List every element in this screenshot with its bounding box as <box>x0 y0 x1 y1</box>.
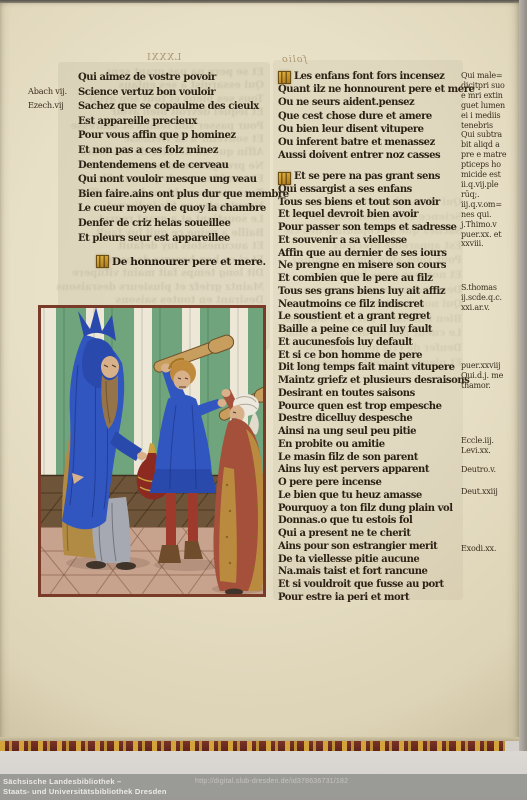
verse-line: Et combien que le pere au filz <box>278 273 469 286</box>
gloss-line: Levi.xx. <box>461 446 494 456</box>
verse-line: Et aucunesfois luy default <box>278 337 469 350</box>
right-text-column-stanza1: Les enfans font fors incensezQuant ilz n… <box>278 70 474 162</box>
gloss-line: Exodi.xx. <box>461 544 496 554</box>
verse-line: Et si ce bon homme de pere <box>278 350 469 363</box>
gloss-line: Deut.xxiij <box>461 487 498 497</box>
verse-line: Desirant en toutes saisons <box>278 388 469 401</box>
gloss-line: iij.q.v.om= <box>461 200 506 210</box>
right-margin-gloss: Deutro.v. <box>461 465 496 475</box>
verse-line: Ains pour son estrangier merit <box>278 541 469 554</box>
verse-line: O pere pere incense <box>278 477 469 490</box>
gloss-line: bit aliqd a <box>461 140 506 150</box>
verse-line: Tous ses grans biens luy ait affiz <box>278 286 469 299</box>
verse-line: Maintz griefz et plusieurs desraisons <box>278 375 469 388</box>
gloss-line: Qui subtra <box>461 130 506 140</box>
library-name: Sächsische Landesbibliothek – Staats- un… <box>3 777 167 796</box>
gloss-line: j.Thimo.v <box>461 220 506 230</box>
gold-pilcrow-icon <box>278 172 291 185</box>
verse-line: Baille a peine ce quil luy fault <box>278 324 469 337</box>
verse-line: Les enfans font fors incensez <box>278 70 474 83</box>
verse-line: Donnas.o que tu estois fol <box>278 515 469 528</box>
verse-line: Le masin filz de son parent <box>278 452 469 465</box>
gloss-line: rūq;. <box>461 190 506 200</box>
verse-line: Que cest chose dure et amere <box>278 110 474 123</box>
gloss-line: thamor. <box>461 381 503 391</box>
verse-line: Et non pas a ces folz minez <box>78 144 289 159</box>
gloss-line: S.thomas <box>461 283 502 293</box>
gloss-line: Oui.d.j. me <box>461 371 503 381</box>
library-name-line1: Sächsische Landesbibliothek – <box>3 777 167 787</box>
gloss-line: guet lumen <box>461 101 506 111</box>
verse-line: Denfer de criz helas soueillee <box>78 217 289 232</box>
miniature-canvas <box>38 305 266 597</box>
verse-line: Quant ilz ne honnourent pere et mere <box>278 83 474 96</box>
gloss-line: dicitpri suo <box>461 81 506 91</box>
folio-number: LXXXI <box>146 52 181 63</box>
verse-line: Le bien que tu heuz amasse <box>278 490 469 503</box>
verse-line: Pourquoy a ton filz dung plain vol <box>278 503 469 516</box>
verse-line: Ainsi na ung seul peu pitie <box>278 426 469 439</box>
verse-line: Affin que au dernier de ses iours <box>278 248 469 261</box>
gloss-line: micide est <box>461 170 506 180</box>
verse-line: Le soustient et a grant regret <box>278 311 469 324</box>
gloss-line: puer.xx. et <box>461 230 506 240</box>
right-text-column-stanza2: Et se pere na pas grant sensQui essargis… <box>278 171 469 605</box>
gloss-line: Eccle.iij. <box>461 436 494 446</box>
page-top-edge <box>0 0 519 3</box>
verse-line: Et souvenir a sa viellesse <box>278 235 469 248</box>
right-margin-gloss: Qui male=dicitpri suoe mri extinguet lum… <box>461 71 506 249</box>
gloss-line: tenebris <box>461 121 506 131</box>
rubric-text: De honnourer pere et mere. <box>112 256 266 268</box>
library-name-line2: Staats- und Universitätsbibliothek Dresd… <box>3 787 167 797</box>
verse-line: Pour passer son temps et sadresse <box>278 222 469 235</box>
verse-line: Sachez que se copaulme des cieulx <box>78 100 289 115</box>
verse-line: Ne prengne en misere son cours <box>278 260 469 273</box>
verse-line: Ou bien leur disent vitupere <box>278 123 474 136</box>
right-margin-gloss: Eccle.iij.Levi.xx. <box>461 436 494 456</box>
document-url: http://digital.slub-dresden.de/id3786367… <box>195 778 348 785</box>
verse-line: Pource quen est trop empesche <box>278 401 469 414</box>
gloss-line: pre e matre <box>461 150 506 160</box>
verse-line: Tous ses biens et tout son avoir <box>278 197 469 210</box>
digitized-book-scan: Et se pere na pas grant sensQui essargis… <box>0 0 527 800</box>
verse-line: Qui essargist a ses enfans <box>278 184 469 197</box>
verse-line: Qui nont vouloir mesque ung veau <box>78 173 289 188</box>
gloss-line: ii.q.vij.ple <box>461 180 506 190</box>
margin-note-line: Abach vij. <box>28 84 67 98</box>
gloss-line: nes qui. <box>461 210 506 220</box>
verse-line: Et lequel devroit bien avoir <box>278 209 469 222</box>
gloss-line: ei i mediis <box>461 111 506 121</box>
chapter-rubric: De honnourer pere et mere. <box>96 255 266 268</box>
verse-line: En probite ou amitie <box>278 439 469 452</box>
margin-note-line: Ezech.vij <box>28 98 67 112</box>
right-margin-gloss: puer.xxviijOui.d.j. methamor. <box>461 361 503 391</box>
verse-line: Ou inferent batre et menassez <box>278 136 474 149</box>
gilt-binding-edge <box>0 741 505 751</box>
gloss-line: e mri extin <box>461 91 506 101</box>
gloss-line: xxviii. <box>461 239 506 249</box>
verse-line: Et pleurs seur est appareillee <box>78 232 289 247</box>
footer-bar: Sächsische Landesbibliothek – Staats- un… <box>0 774 527 800</box>
verse-line: Et se pere na pas grant sens <box>278 171 469 184</box>
gloss-line: puer.xxviij <box>461 361 503 371</box>
verse-line: Ou ne seurs aident.pensez <box>278 96 474 109</box>
verse-line: Est appareille precieux <box>78 115 289 130</box>
verse-line: Pour vous affin que p hominez <box>78 129 289 144</box>
gloss-line: pticeps ho <box>461 160 506 170</box>
verse-line: Qui aimez de vostre povoir <box>78 71 289 86</box>
verse-line: Le cueur moyen de quoy la chambre <box>78 202 289 217</box>
right-margin-gloss: S.thomasij.scde.q.c.xxi.ar.v. <box>461 283 502 313</box>
verse-line: Na.mais taist et fort rancune <box>278 566 469 579</box>
verse-line: Science vertuz bon vouloir <box>78 86 289 101</box>
gloss-line: Qui male= <box>461 71 506 81</box>
verse-line: Bien faire.ains ont plus dur que membre <box>78 188 289 203</box>
verse-line: Dentendemens et de cerveau <box>78 159 289 174</box>
gloss-line: Deutro.v. <box>461 465 496 475</box>
verse-line: Aussi doivent entrer noz casses <box>278 149 474 162</box>
left-text-column: Qui aimez de vostre povoirScience vertuz… <box>78 71 289 246</box>
gold-pilcrow-icon <box>96 255 109 268</box>
gloss-line: ij.scde.q.c. <box>461 293 502 303</box>
verse-line: Pour estre ia peri et mort <box>278 592 469 605</box>
verse-line: De ta viellesse pitie aucune <box>278 554 469 567</box>
right-margin-gloss: Exodi.xx. <box>461 544 496 554</box>
right-edge-shadow <box>519 0 527 751</box>
verse-line: Et si vouldroit que fusse au port <box>278 579 469 592</box>
verse-line: Qui a present ne te cherit <box>278 528 469 541</box>
verse-line: Neautmoins ce filz indiscret <box>278 299 469 312</box>
miniature-illustration <box>38 305 266 597</box>
verse-line: Destre dicelluy despesche <box>278 413 469 426</box>
folio-label: folio <box>281 54 307 65</box>
verse-line: Dit long temps fait maint vitupere <box>278 362 469 375</box>
verse-line: Ains luy est pervers apparent <box>278 464 469 477</box>
gold-pilcrow-icon <box>278 71 291 84</box>
gloss-line: xxi.ar.v. <box>461 303 502 313</box>
left-margin-notes: Abach vij.Ezech.vij <box>28 84 67 113</box>
right-margin-gloss: Deut.xxiij <box>461 487 498 497</box>
parchment-page: Et se pere na pas grant sensQui essargis… <box>0 0 519 741</box>
